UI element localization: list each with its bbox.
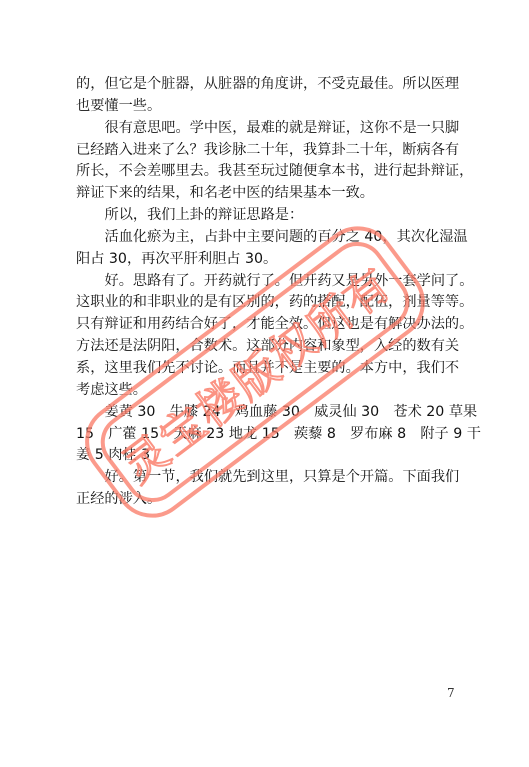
text-line: 好。第一节，我们就先到这里，只算是个开篇。下面我们 — [76, 467, 458, 489]
text-line: 也要懂一些。 — [76, 96, 458, 118]
text-line: 系，这里我们先不讨论。而且并不是主要的。本方中，我们不 — [76, 358, 458, 380]
text-line: 的，但它是个脏器，从脏器的角度讲，不受克最佳。所以医理 — [76, 74, 458, 96]
herb-list-line: 姜 5 肉桂 3 — [76, 445, 458, 467]
text-line: 所以，我们上卦的辩证思路是： — [76, 205, 458, 227]
text-line: 方法还是法阴阳，合数术。这部分内容和象型，入经的数有关 — [76, 336, 458, 358]
text-line: 辩证下来的结果，和名老中医的结果基本一致。 — [76, 183, 458, 205]
text-line: 正经的涉入。 — [76, 489, 458, 511]
text-line: 这职业的和非职业的是有区别的，药的搭配，配伍，剂量等等。 — [76, 292, 458, 314]
page-number: 7 — [447, 686, 455, 700]
text-line: 只有辩证和用药结合好了，才能全效。但这也是有解决办法的。 — [76, 314, 458, 336]
text-line: 阳占 30，再次平肝利胆占 30。 — [76, 249, 458, 271]
text-line: 很有意思吧。学中医，最难的就是辩证，这你不是一只脚 — [76, 118, 458, 140]
herb-list-line: 姜黄 30 牛膝 24 鸡血藤 30 威灵仙 30 苍术 20 草果 — [76, 402, 458, 424]
text-line: 活血化瘀为主，占卦中主要问题的百分之 40，其次化湿温 — [76, 227, 458, 249]
body-text: 的，但它是个脏器，从脏器的角度讲，不受克最佳。所以医理 也要懂一些。 很有意思吧… — [76, 74, 458, 511]
text-line: 已经踏入进来了么？我诊脉二十年，我算卦二十年，断病各有 — [76, 140, 458, 162]
text-line: 考虑这些。 — [76, 380, 458, 402]
herb-list-line: 15 广藿 15 天麻 23 地龙 15 蒺藜 8 罗布麻 8 附子 9 干 — [76, 424, 458, 446]
document-page: 的，但它是个脏器，从脏器的角度讲，不受克最佳。所以医理 也要懂一些。 很有意思吧… — [0, 0, 529, 767]
text-line: 好。思路有了。开药就行了。但开药又是另外一套学问了。 — [76, 271, 458, 293]
text-line: 所长，不会差哪里去。我甚至玩过随便拿本书，进行起卦辩证， — [76, 161, 458, 183]
